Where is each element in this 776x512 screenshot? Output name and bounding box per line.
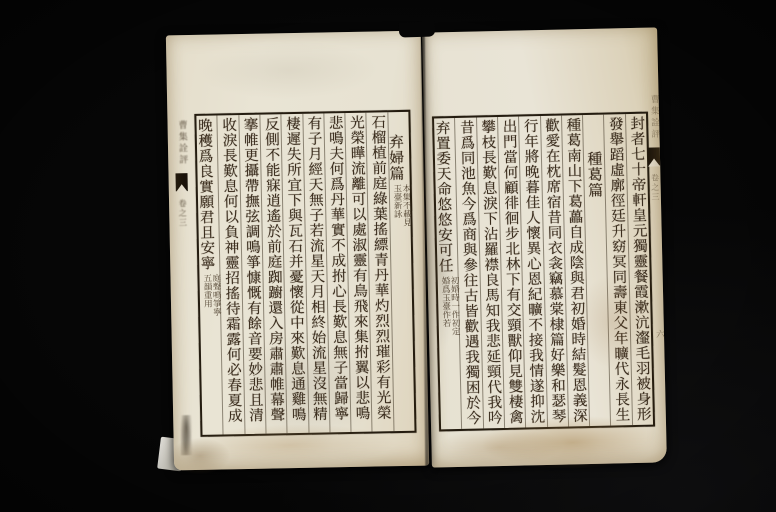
column-text: 反側不能寐逍遙於前庭踟躕還入房肅肅帷幕聲 (263, 116, 285, 422)
column-text: 種葛篇 (585, 151, 604, 199)
banxin-book-title: 曹集詮評 (648, 94, 662, 140)
interlinear-note: 庭聲鳴箏寧五韻重用 (202, 273, 221, 316)
note-right-column: 本集不載見 (401, 184, 411, 227)
interlinear-note: 初婚時一作初定婚爲玉臺作若 (440, 276, 459, 336)
stain-overlay (170, 437, 231, 474)
book-page-left: 弃婦篇本集不載見玉臺新詠石榴植前庭綠葉搖縹青丹華灼烈烈璀彩有光榮光榮曄流離可以處… (166, 31, 429, 471)
column-text: 弃婦篇 (387, 134, 406, 182)
open-book-photo: 封者七十帝軒皇元獨靈餐霞漱沆瀣毛羽被身形發舉蹈虛廓徑廷升窈冥同壽東父年曠代永長生… (0, 0, 776, 512)
column-text: 悲鳴夫何爲丹華實不成拊心長歎息無子當歸寧 (327, 115, 349, 421)
ink-smudge (180, 415, 193, 455)
note-right-column: 庭聲鳴箏寧 (211, 273, 221, 316)
column-text: 封者七十帝軒皇元獨靈餐霞漱沆瀣毛羽被身形 (628, 116, 651, 422)
column-text: 石榴植前庭綠葉搖縹青丹華灼烈烈璀彩有光榮 (369, 114, 391, 420)
fishtail-mark-icon (648, 147, 660, 165)
note-left-column: 婚爲玉臺作若 (440, 276, 450, 336)
book-page-right: 封者七十帝軒皇元獨靈餐霞漱沆瀣毛羽被身形發舉蹈虛廓徑廷升窈冥同壽東父年曠代永長生… (422, 27, 667, 467)
right-page-text-frame: 封者七十帝軒皇元獨靈餐霞漱沆瀣毛羽被身形發舉蹈虛廓徑廷升窈冥同壽東父年曠代永長生… (432, 112, 655, 432)
column-text: 光榮曄流離可以處淑靈有鳥飛來集拊翼以悲鳴 (348, 115, 370, 421)
column-text: 收淚長歎息何以負神靈招搖待霜露何必春夏成 (220, 117, 242, 423)
banxin-page-number: 六 (653, 329, 666, 338)
left-page-columns: 弃婦篇本集不載見玉臺新詠石榴植前庭綠葉搖縹青丹華灼烈烈璀彩有光榮光榮曄流離可以處… (196, 112, 414, 435)
column-text: 晚穫爲良實願君且安寧 (196, 118, 215, 271)
column-text: 有子月經天無子若流星天月相終始流星沒無精 (305, 116, 327, 422)
note-left-column: 玉臺新詠 (392, 184, 402, 227)
banxin-book-title: 曹集詮評 (175, 120, 189, 166)
fishtail-mark-icon (175, 173, 187, 191)
stain-overlay (196, 39, 382, 101)
page-gutter-gap (399, 21, 436, 37)
right-page-columns: 封者七十帝軒皇元獨靈餐霞漱沆瀣毛羽被身形發舉蹈虛廓徑廷升窈冥同壽東父年曠代永長生… (434, 114, 653, 430)
left-page-text-frame: 弃婦篇本集不載見玉臺新詠石榴植前庭綠葉搖縹青丹華灼烈烈璀彩有光榮光榮曄流離可以處… (194, 110, 416, 437)
banxin-volume-label: 卷之三 (649, 173, 661, 202)
column-text: 棲遲失所宜下與瓦石并憂懷從中來歎息通雞鳴 (284, 116, 306, 422)
banxin-volume-label: 卷之三 (177, 199, 189, 228)
column-text: 弃置委天命悠悠安可任 (433, 120, 452, 273)
interlinear-note: 本集不載見玉臺新詠 (392, 184, 411, 227)
note-left-column: 五韻重用 (202, 274, 212, 317)
stain-overlay (433, 427, 564, 468)
column-text: 搴帷更攝帶撫弦調鳴箏慷慨有餘音要妙悲且清 (241, 117, 263, 423)
